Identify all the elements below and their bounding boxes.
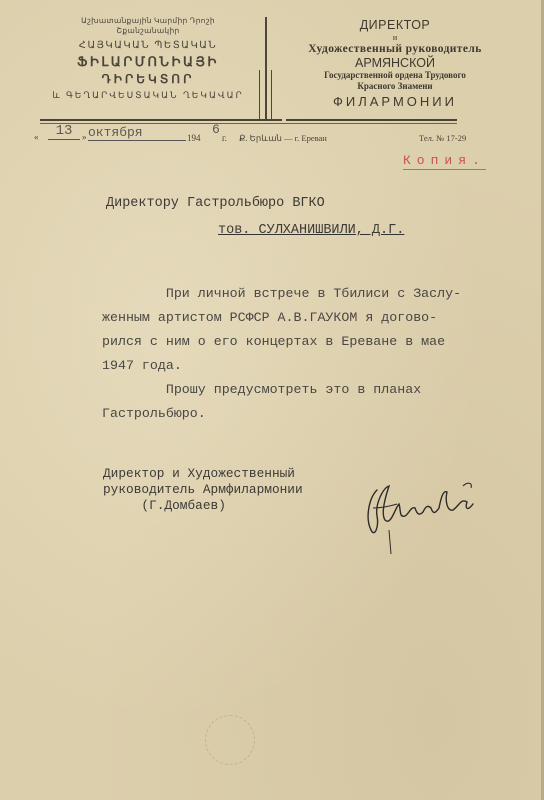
letterhead-armenian-line: ԴԻՐԵԿՏՈՐ [30, 71, 266, 88]
letterhead-divider [271, 70, 272, 119]
date-day: 13 [48, 123, 80, 140]
letterhead-armenian-line: Աշխատանքային Կարմիր Դրոշի [30, 16, 266, 26]
letterhead-russian-line: ФИЛАРМОНИИ [275, 93, 515, 110]
date-month: октября [88, 125, 186, 141]
letterhead-russian-line: Красного Знамени [275, 81, 515, 92]
date-line: « 13 » октября 194 6 г. Ք. Երևան — г. Ер… [34, 122, 524, 146]
handwritten-signature-icon [355, 468, 485, 558]
addressee-name: тов. СУЛХАНИШВИЛИ, Д.Г. [218, 223, 404, 238]
phone-number: Тел. № 17-29 [419, 133, 466, 143]
letterhead-rule [40, 119, 282, 121]
copy-stamp: Копия. [403, 153, 486, 170]
city-label: Ք. Երևան — г. Ереван [239, 133, 327, 144]
letterhead-rule [286, 119, 457, 121]
letterhead-armenian-line: Շքանշանակիր [30, 26, 266, 36]
signature-block: Директор и Художественный руководитель А… [103, 466, 303, 514]
letterhead-armenian-line: ՀԱՅԿԱԿԱՆ ՊԵՏԱԿԱՆ [30, 38, 266, 53]
letterhead-russian-line: Государственной ордена Трудового [275, 70, 515, 81]
letterhead-armenian: Աշխատանքային Կարմիր Դրոշի Շքանշանակիր ՀԱ… [30, 16, 266, 102]
date-quote-close: » [82, 132, 87, 142]
addressee-title: Директору Гастрольбюро ВГКО [106, 196, 325, 211]
letterhead-russian-line: и [275, 33, 515, 42]
date-quote-open: « [34, 132, 39, 142]
date-year-digit: 6 [212, 122, 220, 137]
date-year-prefix: 194 [187, 133, 201, 143]
date-year-suffix: г. [222, 133, 227, 143]
letterhead-russian-line: ДИРЕКТОР [275, 18, 515, 33]
letterhead-divider [259, 70, 260, 119]
letterhead-russian-line: АРМЯНСКОЙ [275, 56, 515, 70]
letterhead-armenian-line: և ԳԵՂԱՐՎԵՍՏԱԿԱՆ ՂԵԿԱՎԱՐ [30, 88, 266, 102]
letterhead-divider [265, 17, 267, 119]
letterhead-russian-line: Художественный руководитель [275, 42, 515, 56]
letter-body: При личной встрече в Тбилиси с Заслу- же… [102, 282, 461, 426]
letterhead-russian: ДИРЕКТОР и Художественный руководитель А… [275, 18, 515, 110]
faint-stamp-mark [205, 715, 255, 765]
letterhead-armenian-line: ՖԻԼԱՐՄՈՆԻԱՅԻ [30, 53, 266, 71]
